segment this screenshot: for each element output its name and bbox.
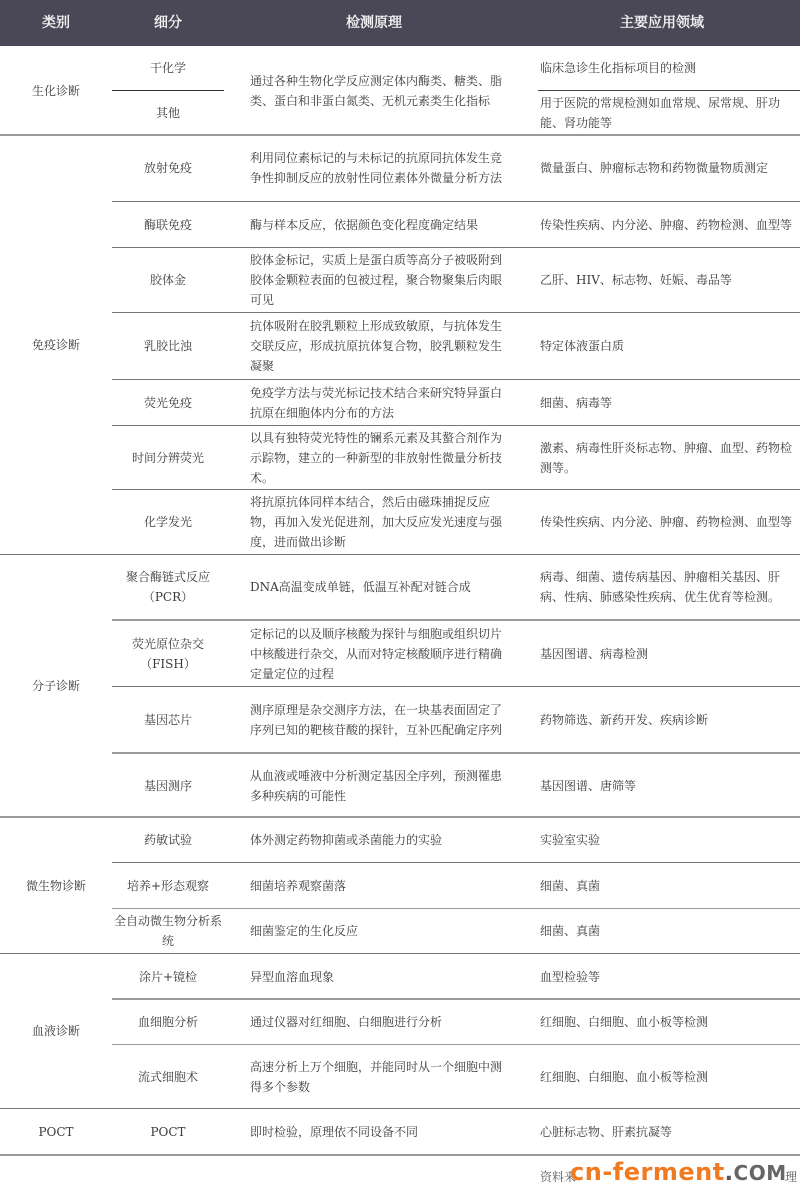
header-subcategory: 细分 (112, 0, 224, 46)
source-suffix: 理 (785, 1168, 797, 1185)
group-divider (0, 1154, 800, 1156)
application-cell: 微量蛋白、肿瘤标志物和药物微量物质测定 (540, 135, 800, 201)
application-cell: 临床急诊生化指标项目的检测 (540, 46, 800, 90)
header-principle: 检测原理 (224, 0, 524, 46)
principle-cell: 定标记的以及顺序核酸为探针与细胞或组织切片中核酸进行杂交，从而对特定核酸顺序进行… (250, 621, 512, 686)
header-application: 主要应用领域 (524, 0, 800, 46)
principle-cell: 体外测定药物抑菌或杀菌能力的实验 (250, 818, 512, 862)
principle-cell: 免疫学方法与荧光标记技术结合来研究特异蛋白抗原在细胞体内分布的方法 (250, 380, 512, 425)
principle-cell: 酶与样本反应，依据颜色变化程度确定结果 (250, 202, 512, 247)
principle-cell: DNA高温变成单链，低温互补配对链合成 (250, 555, 512, 619)
watermark-com: COM (734, 1161, 787, 1185)
category-cell: 微生物诊断 (0, 818, 112, 953)
principle-cell: 胶体金标记，实质上是蛋白质等高分子被吸附到胶体金颗粒表面的包被过程，聚合物聚集后… (250, 248, 512, 312)
subcategory-cell: 放射免疫 (112, 135, 224, 201)
application-cell: 细菌、真菌 (540, 863, 800, 908)
principle-cell: 细菌鉴定的生化反应 (250, 909, 512, 953)
application-cell: 用于医院的常规检测如血常规、尿常规、肝功能、肾功能等 (540, 91, 800, 135)
application-cell: 血型检验等 (540, 954, 800, 999)
category-cell: 血液诊断 (0, 954, 112, 1108)
subcategory-cell: 聚合酶链式反应（PCR） (112, 555, 224, 619)
application-cell: 基因图谱、病毒检测 (540, 621, 800, 686)
application-cell: 细菌、真菌 (540, 909, 800, 953)
watermark-text: cn-ferment (570, 1158, 725, 1186)
subcategory-cell: POCT (112, 1109, 224, 1155)
subcategory-cell: 其他 (112, 91, 224, 135)
application-cell: 细菌、病毒等 (540, 380, 800, 425)
table-header: 类别 细分 检测原理 主要应用领域 (0, 0, 800, 46)
principle-cell: 通过仪器对红细胞、白细胞进行分析 (250, 1000, 512, 1044)
principle-cell: 高速分析上万个细胞，并能同时从一个细胞中测得多个参数 (250, 1045, 512, 1108)
application-cell: 红细胞、白细胞、血小板等检测 (540, 1000, 800, 1044)
subcategory-cell: 化学发光 (112, 490, 224, 554)
subcategory-cell: 血细胞分析 (112, 1000, 224, 1044)
principle-cell: 测序原理是杂交测序方法，在一块基表面固定了序列已知的靶核苷酸的探针，互补匹配确定… (250, 687, 512, 752)
application-cell: 心脏标志物、肝素抗凝等 (540, 1109, 800, 1155)
subcategory-cell: 胶体金 (112, 248, 224, 312)
category-cell: 生化诊断 (0, 46, 112, 135)
application-cell: 特定体液蛋白质 (540, 313, 800, 379)
principle-cell: 即时检验，原理依不同设备不同 (250, 1109, 512, 1155)
principle-cell: 通过各种生物化学反应测定体内酶类、糖类、脂类、蛋白和非蛋白氮类、无机元素类生化指… (250, 46, 512, 135)
principle-cell: 抗体吸附在胶乳颗粒上形成致敏原，与抗体发生交联反应，形成抗原抗体复合物，胶乳颗粒… (250, 313, 512, 379)
application-cell: 红细胞、白细胞、血小板等检测 (540, 1045, 800, 1108)
watermark-dot: . (725, 1161, 734, 1186)
application-cell: 基因图谱、唐筛等 (540, 754, 800, 817)
subcategory-cell: 基因芯片 (112, 687, 224, 752)
principle-cell: 细菌培养观察菌落 (250, 863, 512, 908)
subcategory-cell: 荧光免疫 (112, 380, 224, 425)
category-cell: 免疫诊断 (0, 135, 112, 554)
application-cell: 激素、病毒性肝炎标志物、肿瘤、血型、药物检测等。 (540, 426, 800, 489)
subcategory-cell: 培养+形态观察 (112, 863, 224, 908)
application-cell: 传染性疾病、内分泌、肿瘤、药物检测、血型等 (540, 202, 800, 247)
principle-cell: 以具有独特荧光特性的镧系元素及其螯合剂作为示踪物，建立的一种新型的非放射性微量分… (250, 426, 512, 489)
principle-cell: 异型血溶血现象 (250, 954, 512, 999)
subcategory-cell: 乳胶比浊 (112, 313, 224, 379)
subcategory-cell: 涂片+镜检 (112, 954, 224, 999)
subcategory-cell: 全自动微生物分析系统 (112, 909, 224, 953)
application-cell: 传染性疾病、内分泌、肿瘤、药物检测、血型等 (540, 490, 800, 554)
category-cell: POCT (0, 1109, 112, 1155)
application-cell: 药物筛选、新药开发、疾病诊断 (540, 687, 800, 752)
application-cell: 乙肝、HIV、标志物、妊娠、毒品等 (540, 248, 800, 312)
subcategory-cell: 荧光原位杂交（FISH） (112, 621, 224, 686)
subcategory-cell: 时间分辨荧光 (112, 426, 224, 489)
application-cell: 病毒、细菌、遗传病基因、肿瘤相关基因、肝病、性病、肺感染性疾病、优生优育等检测。 (540, 555, 800, 619)
subcategory-cell: 药敏试验 (112, 818, 224, 862)
header-category: 类别 (0, 0, 112, 46)
principle-cell: 将抗原抗体同样本结合，然后由磁珠捕捉反应物，再加入发光促进剂，加大反应发光速度与… (250, 490, 512, 554)
watermark-logo: cn-ferment.COM (570, 1158, 787, 1186)
subcategory-cell: 干化学 (112, 46, 224, 90)
subcategory-cell: 基因测序 (112, 754, 224, 817)
category-cell: 分子诊断 (0, 555, 112, 817)
application-cell: 实验室实验 (540, 818, 800, 862)
principle-cell: 利用同位素标记的与未标记的抗原同抗体发生竞争性抑制反应的放射性同位素体外微量分析… (250, 135, 512, 201)
subcategory-cell: 酶联免疫 (112, 202, 224, 247)
subcategory-cell: 流式细胞术 (112, 1045, 224, 1108)
principle-cell: 从血液或唾液中分析测定基因全序列，预测罹患多种疾病的可能性 (250, 754, 512, 817)
